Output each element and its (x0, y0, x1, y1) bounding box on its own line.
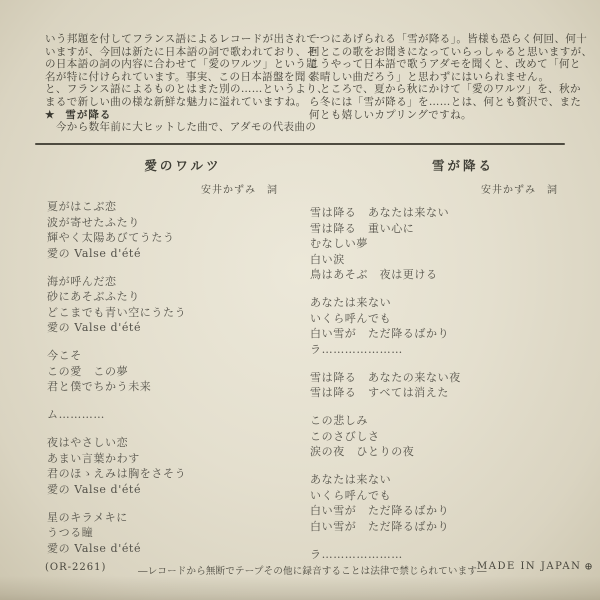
record-company-logo-icon: ⊕ (584, 562, 594, 573)
text-line: 名が特に付けられています。事実、この日本語盤を聞く (45, 71, 299, 84)
lyric-line: 愛の Valse d'été (47, 320, 297, 336)
lyric-line: 雪は降る 重い心に (310, 221, 580, 237)
lyric-line: ラ………………… (310, 547, 580, 563)
lyric-line: むなしい夢 (310, 236, 580, 252)
record-sleeve-back: いう邦題を付してフランス語によるレコードが出されていますが、今回は新たに日本語の… (0, 0, 600, 600)
lyricist-credit-left: 安井かずみ 詞 (178, 181, 278, 196)
text-line: いう邦題を付してフランス語によるレコードが出されて (45, 33, 299, 46)
lyric-line: 今こそ (47, 348, 297, 364)
lyric-line: 君のほゝえみは胸をさそう (47, 466, 297, 482)
lyric-line: 白い雪が ただ降るばかり (310, 326, 580, 342)
lyric-line: 砂にあそぶふたり (47, 289, 297, 305)
lyric-line: 夜はやさしい恋 (47, 435, 297, 451)
text-line: 一つにあげられる「雪が降る」。皆様も恐らく何回、何十 (309, 33, 571, 46)
lyric-line: 愛の Valse d'été (47, 246, 297, 262)
intro-left-paragraph-after: 今から数年前に大ヒットした曲で、アダモの代表曲の (45, 121, 299, 134)
lyric-line: いくら呼んでも (310, 311, 580, 327)
lyric-line: あまい言葉かわす (47, 451, 297, 467)
section-heading-label: 雪が降る (65, 109, 111, 121)
lyricist-credit-right: 安井かずみ 詞 (438, 181, 558, 196)
lyric-line: 輝やく太陽あびてうたう (47, 230, 297, 246)
lyric-line: いくら呼んでも (310, 488, 580, 504)
made-in-japan-label: MADE IN JAPAN⊕ (477, 561, 594, 572)
song-title-yuki-ga-furu: 雪が降る (408, 156, 518, 174)
text-line: の日本語の詞の内容に合わせて「愛のワルツ」という題 (45, 58, 299, 71)
lyric-line: あなたは来ない (310, 472, 580, 488)
lyric-stanza: あなたは来ないいくら呼んでも白い雪が ただ降るばかり白い雪が ただ降るばかり (310, 472, 580, 534)
intro-right-paragraph: 一つにあげられる「雪が降る」。皆様も恐らく何回、何十回とこの歌をお聞きになってい… (309, 33, 571, 121)
lyric-line: 雪は降る あなたの来ない夜 (310, 370, 580, 386)
lyric-stanza: ラ………………… (310, 547, 580, 563)
lyric-line: この愛 この夢 (47, 364, 297, 380)
text-line: ところで、夏から秋にかけて「愛のワルツ」を、秋か (309, 83, 571, 96)
lyric-line: うつる瞳 (47, 525, 297, 541)
copy-prohibition-notice: ―レコードから無断でテープその他に録音することは法律で禁じられています― (138, 563, 487, 577)
lyric-line: 白い涙 (310, 252, 580, 268)
lyric-line: 星のキラメキに (47, 510, 297, 526)
star-icon: ★ (45, 109, 55, 121)
lyric-line: 夏がはこぶ恋 (47, 199, 297, 215)
text-line: こうやって日本語で歌うアダモを聞くと、改めて「何と (309, 58, 571, 71)
lyric-line: この悲しみ (310, 413, 580, 429)
made-in-text: MADE IN JAPAN (477, 561, 581, 572)
lyric-line: 波が寄せたふたり (47, 215, 297, 231)
lyric-line: どこまでも青い空にうたう (47, 305, 297, 321)
lyric-line: ム………… (47, 407, 297, 423)
intro-right-column: 一つにあげられる「雪が降る」。皆様も恐らく何回、何十回とこの歌をお聞きになってい… (309, 33, 571, 121)
text-line: と、フランス語によるものとはまた別の……というより、 (45, 83, 299, 96)
horizontal-divider (35, 143, 565, 145)
lyric-stanza: 雪は降る あなたの来ない夜雪は降る すべては消えた (310, 370, 580, 401)
lyric-stanza: 海が呼んだ恋砂にあそぶふたりどこまでも青い空にうたう愛の Valse d'été (47, 274, 297, 336)
lyric-line: 愛の Valse d'été (47, 482, 297, 498)
lyric-stanza: 夜はやさしい恋あまい言葉かわす君のほゝえみは胸をさそう愛の Valse d'ét… (47, 435, 297, 497)
lyric-stanza: 雪は降る あなたは来ない雪は降る 重い心にむなしい夢白い涙鳥はあそぶ 夜は更ける (310, 205, 580, 283)
lyrics-column-ai-no-waltz: 夏がはこぶ恋波が寄せたふたり輝やく太陽あびてうたう愛の Valse d'été海… (47, 199, 297, 569)
text-line: 何とも嬉しいカプリングですね。 (309, 109, 571, 122)
lyrics-column-yuki-ga-furu: 雪は降る あなたは来ない雪は降る 重い心にむなしい夢白い涙鳥はあそぶ 夜は更ける… (310, 205, 580, 575)
text-line: いますが、今回は新たに日本語の詞で歌われており、そ (45, 46, 299, 59)
lyric-line: 白い雪が ただ降るばかり (310, 503, 580, 519)
lyric-line: あなたは来ない (310, 295, 580, 311)
lyric-line: 海が呼んだ恋 (47, 274, 297, 290)
lyric-line: 鳥はあそぶ 夜は更ける (310, 267, 580, 283)
intro-left-column: いう邦題を付してフランス語によるレコードが出されていますが、今回は新たに日本語の… (45, 33, 299, 134)
lyric-line: 愛の Valse d'été (47, 541, 297, 557)
lyric-line: ラ………………… (310, 342, 580, 358)
text-line: 今から数年前に大ヒットした曲で、アダモの代表曲の (45, 121, 299, 134)
lyric-stanza: ム………… (47, 407, 297, 423)
lyric-line: 雪は降る すべては消えた (310, 385, 580, 401)
text-line: まるで新しい曲の様な新鮮な魅力に溢れていますね。 (45, 96, 299, 109)
catalog-number: (OR-2261) (45, 562, 106, 573)
lyric-line: 雪は降る あなたは来ない (310, 205, 580, 221)
section-heading-yuki-ga-furu: ★雪が降る (45, 109, 299, 122)
footer: (OR-2261) ―レコードから無断でテープその他に録音することは法律で禁じら… (0, 561, 600, 581)
song-title-ai-no-waltz: 愛のワルツ (118, 156, 248, 174)
lyric-stanza: 星のキラメキにうつる瞳愛の Valse d'été (47, 510, 297, 557)
text-line: ら冬には「雪が降る」を……とは、何とも贅沢で、また (309, 96, 571, 109)
lyric-line: 君と僕でちかう未来 (47, 379, 297, 395)
text-line: 回とこの歌をお聞きになっていらっしゃると思いますが、 (309, 46, 571, 59)
lyric-stanza: この悲しみこのさびしさ涙の夜 ひとりの夜 (310, 413, 580, 460)
lyric-stanza: 夏がはこぶ恋波が寄せたふたり輝やく太陽あびてうたう愛の Valse d'été (47, 199, 297, 261)
lyric-stanza: 今こそこの愛 この夢君と僕でちかう未来 (47, 348, 297, 395)
lyric-line: 涙の夜 ひとりの夜 (310, 444, 580, 460)
lyric-line: 白い雪が ただ降るばかり (310, 519, 580, 535)
lyric-stanza: あなたは来ないいくら呼んでも白い雪が ただ降るばかりラ………………… (310, 295, 580, 357)
text-line: 素晴しい曲だろう」と思わずにはいられません。 (309, 71, 571, 84)
lyric-line: このさびしさ (310, 429, 580, 445)
intro-left-paragraph: いう邦題を付してフランス語によるレコードが出されていますが、今回は新たに日本語の… (45, 33, 299, 109)
